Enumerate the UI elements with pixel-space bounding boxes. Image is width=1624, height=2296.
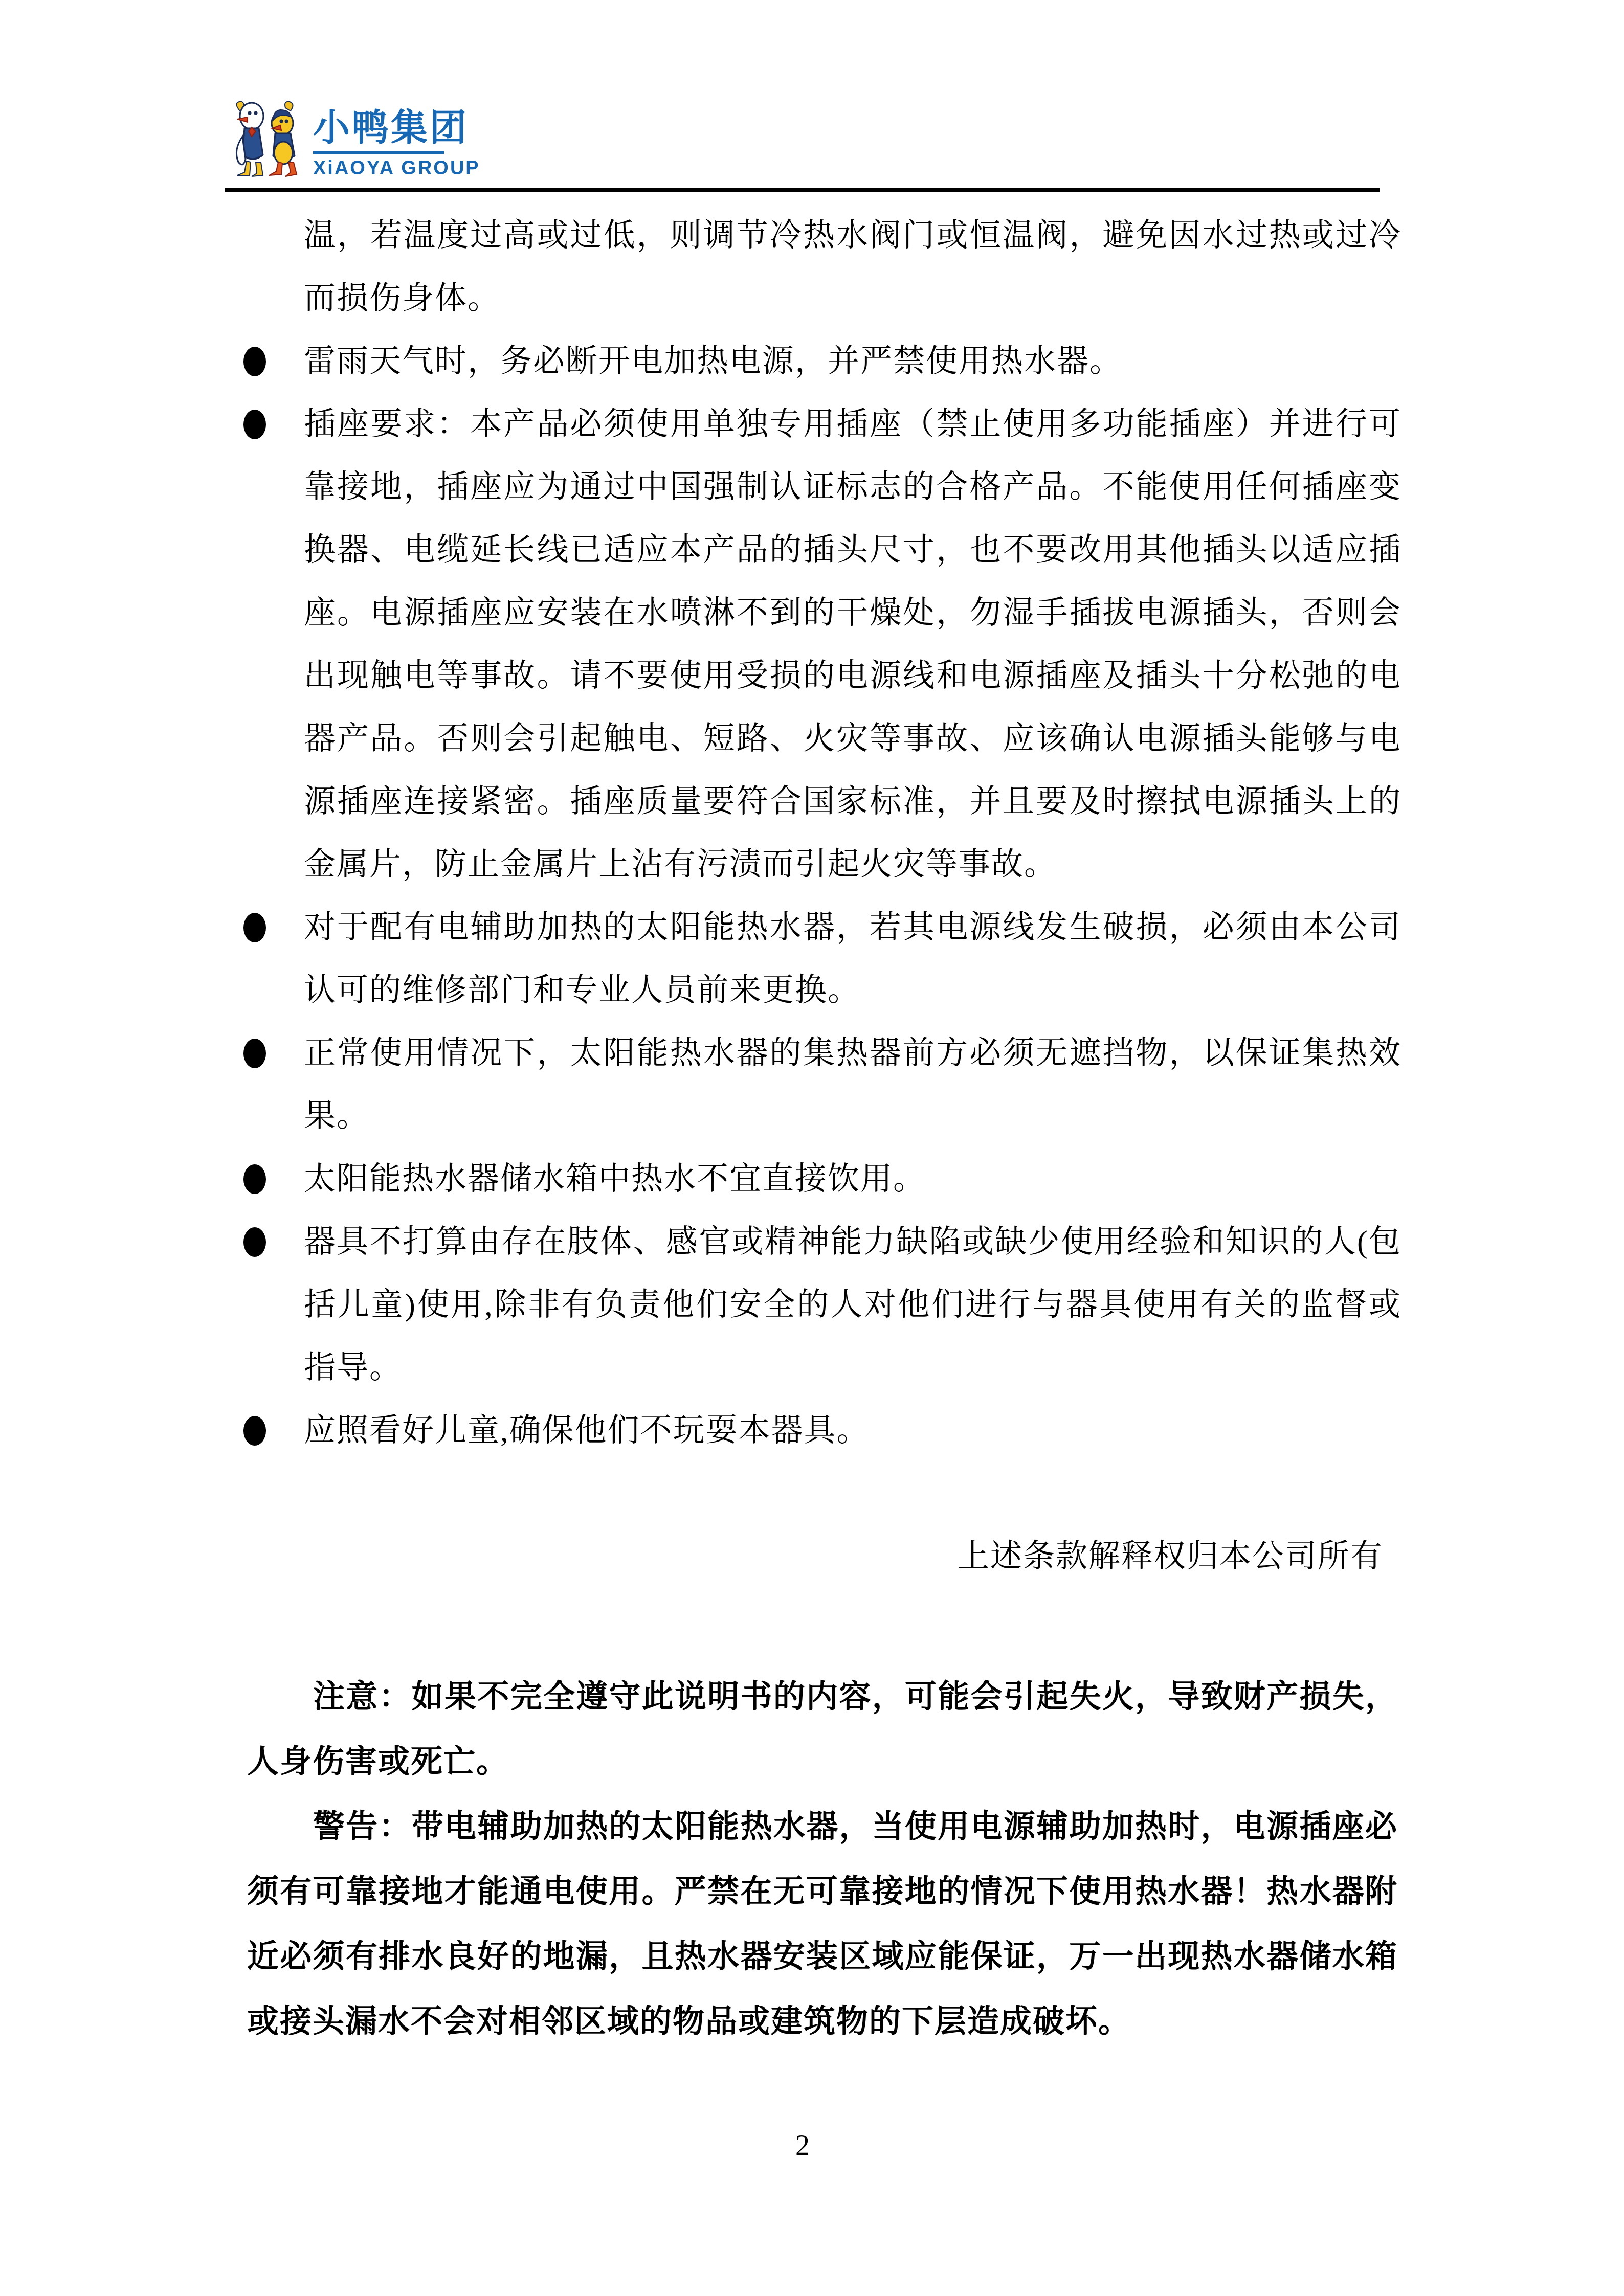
- list-item-text: 应照看好儿童,确保他们不玩耍本器具。: [304, 1413, 870, 1448]
- header-rule: [225, 188, 1380, 192]
- list-item-text: 正常使用情况下，太阳能热水器的集热器前方必须无遮挡物，以保证集热效果。: [304, 1036, 1401, 1134]
- warning-paragraph: 警告：带电辅助加热的太阳能热水器，当使用电源辅助加热时，电源插座必须有可靠接地才…: [247, 1795, 1398, 2055]
- xiaoya-ducks-logo-icon: [229, 94, 306, 179]
- page-number: 2: [225, 2130, 1380, 2162]
- list-item-text: 插座要求：本产品必须使用单独专用插座（禁止使用多功能插座）并进行可靠接地，插座应…: [304, 407, 1401, 882]
- list-item-text: 太阳能热水器储水箱中热水不宜直接饮用。: [304, 1162, 926, 1197]
- list-item-text: 器具不打算由存在肢体、感官或精神能力缺陷或缺少使用经验和知识的人(包括儿童)使用…: [304, 1225, 1401, 1385]
- safety-bullet-list: 雷雨天气时，务必断开电加热电源，并严禁使用热水器。 插座要求：本产品必须使用单独…: [225, 330, 1401, 1462]
- list-item: 应照看好儿童,确保他们不玩耍本器具。: [225, 1400, 1401, 1462]
- list-item-text: 对于配有电辅助加热的太阳能热水器，若其电源线发生破损，必须由本公司认可的维修部门…: [304, 910, 1401, 1008]
- bullet-icon: [243, 1164, 266, 1194]
- rights-statement: 上述条款解释权归本公司所有: [225, 1525, 1401, 1588]
- logo-underline: [313, 151, 444, 154]
- manual-body: 温，若温度过高或过低，则调节冷热水阀门或恒温阀，避免因水过热或过冷而损伤身体。 …: [225, 205, 1401, 2055]
- bullet-icon: [243, 347, 266, 376]
- bullet-icon: [243, 1416, 266, 1446]
- notice-paragraph: 注意：如果不完全遵守此说明书的内容，可能会引起失火，导致财产损失，人身伤害或死亡…: [247, 1665, 1398, 1795]
- bullet-icon: [243, 1227, 266, 1257]
- bullet-icon: [243, 913, 266, 942]
- xiaoya-logo: 小鸭集团 XiAOYA GROUP: [229, 94, 480, 179]
- list-item: 雷雨天气时，务必断开电加热电源，并严禁使用热水器。: [225, 330, 1401, 393]
- list-item: 对于配有电辅助加热的太阳能热水器，若其电源线发生破损，必须由本公司认可的维修部门…: [225, 896, 1401, 1022]
- intro-continuation-paragraph: 温，若温度过高或过低，则调节冷热水阀门或恒温阀，避免因水过热或过冷而损伤身体。: [304, 205, 1401, 330]
- bullet-icon: [243, 1039, 266, 1068]
- list-item: 太阳能热水器储水箱中热水不宜直接饮用。: [225, 1148, 1401, 1211]
- manual-page: 小鸭集团 XiAOYA GROUP 温，若温度过高或过低，则调节冷热水阀门或恒温…: [0, 0, 1624, 2296]
- list-item: 插座要求：本产品必须使用单独专用插座（禁止使用多功能插座）并进行可靠接地，插座应…: [225, 393, 1401, 896]
- logo-chinese-name: 小鸭集团: [313, 107, 480, 148]
- list-item: 器具不打算由存在肢体、感官或精神能力缺陷或缺少使用经验和知识的人(包括儿童)使用…: [225, 1211, 1401, 1400]
- bullet-icon: [243, 410, 266, 439]
- list-item-text: 雷雨天气时，务必断开电加热电源，并严禁使用热水器。: [304, 344, 1122, 379]
- logo-english-name: XiAOYA GROUP: [313, 158, 480, 178]
- logo-text-block: 小鸭集团 XiAOYA GROUP: [313, 107, 480, 179]
- list-item: 正常使用情况下，太阳能热水器的集热器前方必须无遮挡物，以保证集热效果。: [225, 1022, 1401, 1148]
